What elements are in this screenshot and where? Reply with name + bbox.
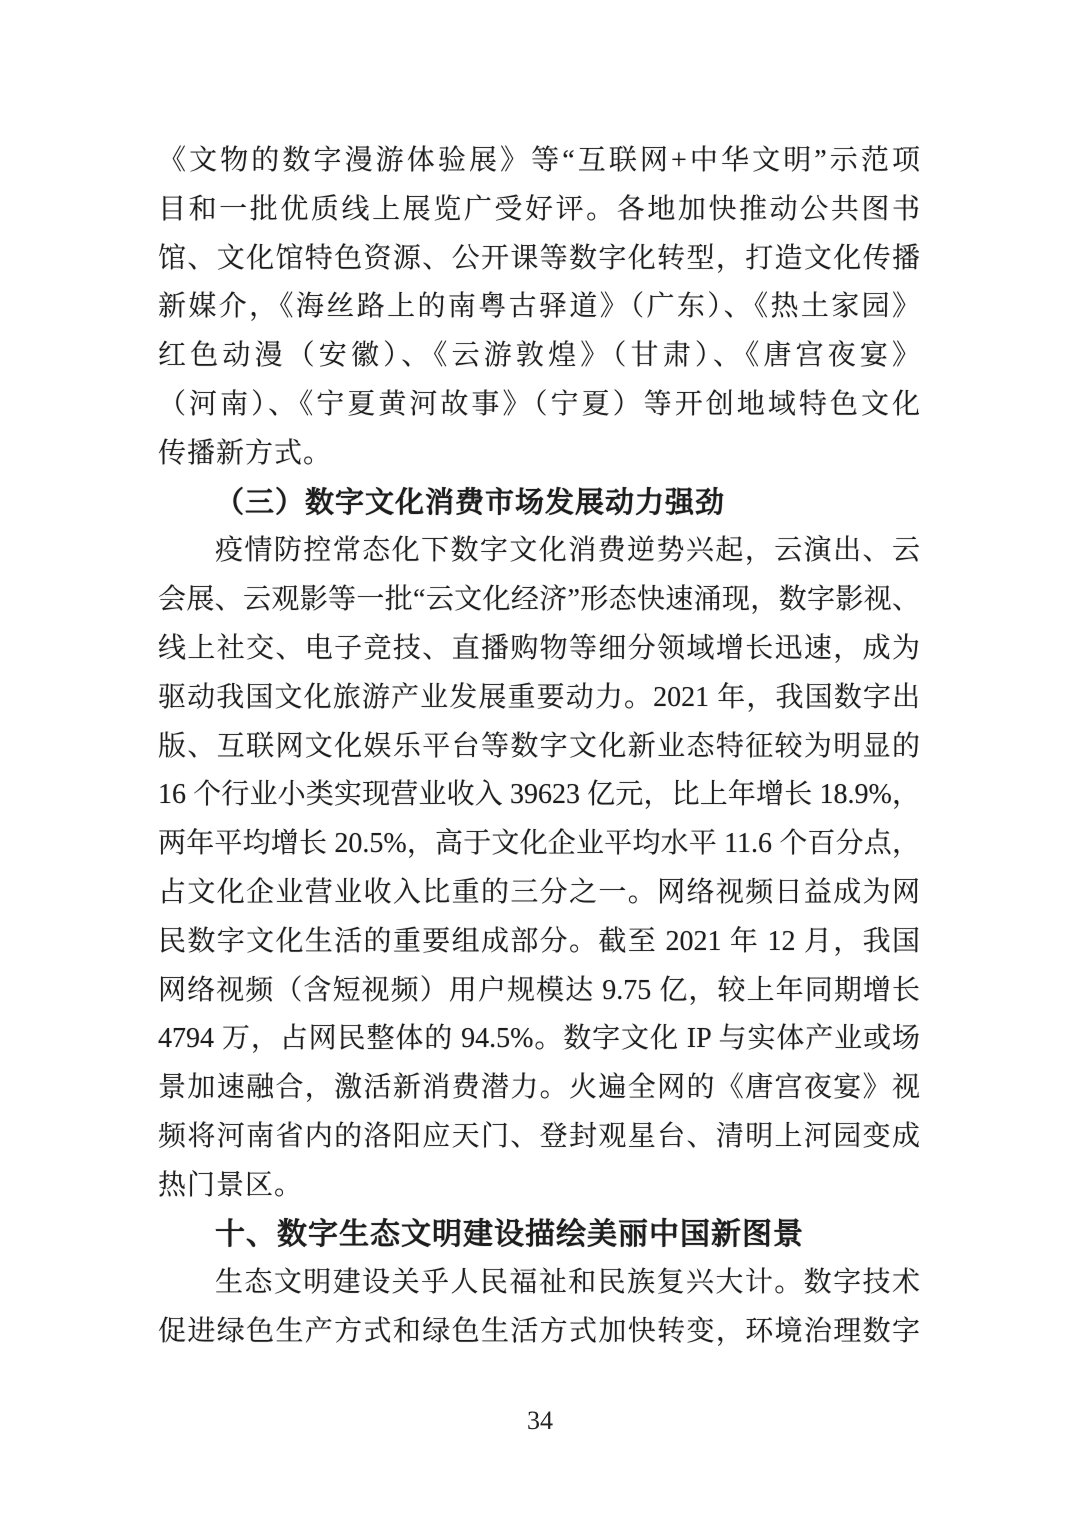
body-line: 景加速融合，激活新消费潜力。火遍全网的《唐宫夜宴》视	[158, 1064, 920, 1113]
section-heading: 十、数字生态文明建设描绘美丽中国新图景	[158, 1211, 920, 1260]
body-line: 新媒介，《海丝路上的南粤古驿道》（广东）、《热土家园》	[158, 283, 920, 332]
body-line: 民数字文化生活的重要组成部分。截至 2021 年 12 月，我国	[158, 918, 920, 967]
body-line: 促进绿色生产方式和绿色生活方式加快转变，环境治理数字	[158, 1308, 920, 1357]
body-line: 16 个行业小类实现营业收入 39623 亿元，比上年增长 18.9%，	[158, 771, 920, 820]
body-line: 版、互联网文化娱乐平台等数字文化新业态特征较为明显的	[158, 723, 920, 772]
text-block: 《文物的数字漫游体验展》等“互联网+中华文明”示范项 目和一批优质线上展览广受好…	[158, 137, 920, 1357]
body-line: 生态文明建设关乎人民福祉和民族复兴大计。数字技术	[158, 1259, 920, 1308]
body-line: 馆、文化馆特色资源、公开课等数字化转型，打造文化传播	[158, 235, 920, 284]
body-line: 驱动我国文化旅游产业发展重要动力。2021 年，我国数字出	[158, 674, 920, 723]
body-line: 红色动漫（安徽）、《云游敦煌》（甘肃）、《唐宫夜宴》	[158, 332, 920, 381]
body-line: 会展、云观影等一批“云文化经济”形态快速涌现，数字影视、	[158, 576, 920, 625]
body-line: 频将河南省内的洛阳应天门、登封观星台、清明上河园变成	[158, 1113, 920, 1162]
body-line: 两年平均增长 20.5%，高于文化企业平均水平 11.6 个百分点，	[158, 820, 920, 869]
document-page: 《文物的数字漫游体验展》等“互联网+中华文明”示范项 目和一批优质线上展览广受好…	[0, 0, 1080, 1527]
body-line: 疫情防控常态化下数字文化消费逆势兴起，云演出、云	[158, 527, 920, 576]
page-number: 34	[0, 1404, 1080, 1438]
body-line: 目和一批优质线上展览广受好评。各地加快推动公共图书	[158, 186, 920, 235]
body-line: 《文物的数字漫游体验展》等“互联网+中华文明”示范项	[158, 137, 920, 186]
body-line: 热门景区。	[158, 1162, 920, 1211]
body-line: 网络视频（含短视频）用户规模达 9.75 亿，较上年同期增长	[158, 967, 920, 1016]
body-line: 传播新方式。	[158, 430, 920, 479]
subsection-heading: （三）数字文化消费市场发展动力强劲	[158, 479, 920, 528]
body-line: 占文化企业营业收入比重的三分之一。网络视频日益成为网	[158, 869, 920, 918]
body-line: （河南）、《宁夏黄河故事》（宁夏）等开创地域特色文化	[158, 381, 920, 430]
body-line: 线上社交、电子竞技、直播购物等细分领域增长迅速，成为	[158, 625, 920, 674]
body-line: 4794 万，占网民整体的 94.5%。数字文化 IP 与实体产业或场	[158, 1015, 920, 1064]
